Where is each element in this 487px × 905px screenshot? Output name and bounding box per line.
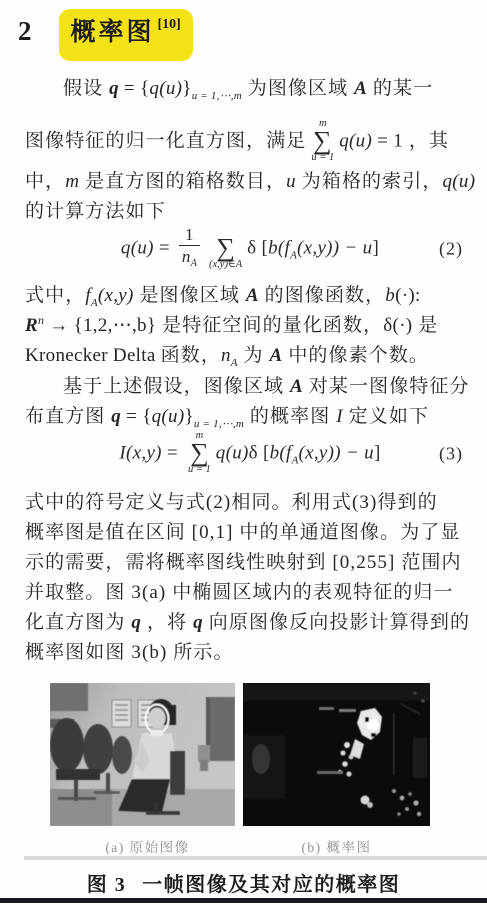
section-heading: 2概率图[10] [18,9,193,61]
text-line: 图像特征的归一化直方图，满足m∑u = 1q(u) = 1 ，其 [25,119,475,145]
equation-3-body: I(x,y) = m∑u = 1q(u)δ [b(fA(x,y)) − u] [119,431,380,477]
text-line: 基于上述假设，图像区域 A 对某一图像特征分 [25,371,475,397]
probability-map-photo [243,683,430,826]
original-image-illustration [50,683,235,826]
figure-caption-label: 图 3 [87,874,127,896]
equation-2-number: (2) [439,239,463,260]
original-image-photo [50,683,235,826]
equation-3: I(x,y) = m∑u = 1q(u)δ [b(fA(x,y)) − u] (… [25,426,475,482]
text-line: 概率图是值在区间 [0,1] 中的单通道图像。为了显 [25,517,475,543]
summation-symbol: m∑u = 1 [188,430,211,476]
page-bottom-rule [0,898,487,903]
section-number: 2 [18,16,32,46]
section-title: 概率图 [71,19,155,46]
text-line: 布直方图 q = {q(u)}u = 1,⋯,m 的概率图 I 定义如下 [25,401,475,427]
document-page: 2概率图[10] 假设 q = {q(u)}u = 1,⋯,m 为图像区域 A … [0,0,487,905]
text-line: 概率图如图 3(b) 所示。 [25,637,475,663]
text-line: 中，m 是直方图的箱格数目，u 为箱格的索引，q(u) [25,166,475,192]
summation-symbol: m∑u = 1 [311,118,334,164]
text-line: Kronecker Delta 函数，nA 为 A 中的像素个数。 [25,340,475,366]
text-line: 式中的符号定义与式(2)相同。利用式(3)得到的 [25,487,475,513]
text-line: 的计算方法如下 [25,196,475,222]
text-line: 假设 q = {q(u)}u = 1,⋯,m 为图像区域 A 的某一 [25,73,475,99]
figure-caption: 图 3一帧图像及其对应的概率图 [0,868,487,897]
equation-2-body: q(u) = 1nA∑(x,y)∈Aδ [b(fA(x,y)) − u] [121,226,379,272]
subcaption-a: (a) 原始图像 [50,836,245,856]
equation-3-number: (3) [439,444,463,465]
subcaption-b: (b) 概率图 [243,836,430,856]
summation-symbol: ∑(x,y)∈A [209,225,242,271]
text-line: 示的需要，需将概率图线性映射到 [0,255] 范围内 [25,547,475,573]
fraction: 1nA [179,226,200,269]
figure-caption-text: 一帧图像及其对应的概率图 [142,874,400,896]
text-line: 式中，fA(x,y) 是图像区域 A 的图像函数，b(·): [25,280,475,306]
figure-separator-rule [24,856,487,860]
equation-2: q(u) = 1nA∑(x,y)∈Aδ [b(fA(x,y)) − u] (2) [25,222,475,276]
text-line: Rn → {1,2,⋯,b} 是特征空间的量化函数，δ(·) 是 [25,310,475,336]
text-line: 并取整。图 3(a) 中椭圆区域内的表观特征的归一 [25,577,475,603]
probability-map-illustration [243,683,430,826]
text-line: 化直方图为 q ，将 q 向原图像反向投影计算得到的 [25,607,475,633]
citation-reference: [10] [156,17,185,43]
section-title-highlight: 概率图[10] [59,9,193,61]
